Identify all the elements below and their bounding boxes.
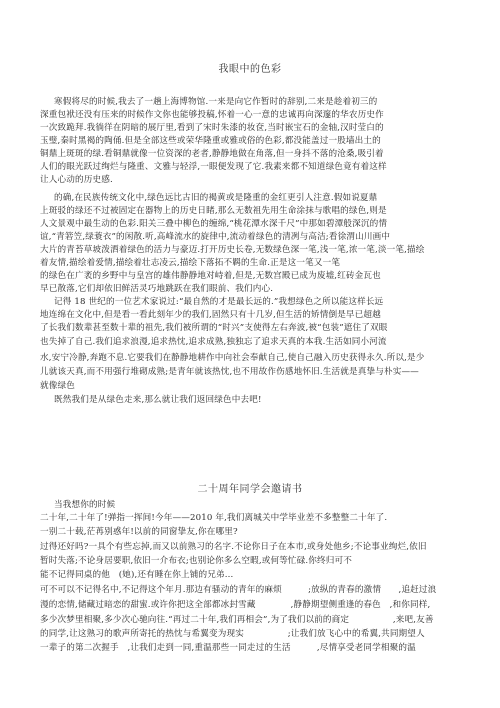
essay1-line: 的确,在民族传统文化中,绿色远比古旧的褐黄或是隆重的金红更引人注意.假如说夏鼎 xyxy=(54,192,494,204)
essay1-line: 记得 18 世纪的一位艺术家说过:“最自然的才是最长远的.”我想绿色之所以能这样… xyxy=(54,296,494,308)
essay1-line: 大片的青苔草坡泼洒着绿色的活力与豪迈.打开历史长卷,无数绿色深一笔,浅一笔,浓一… xyxy=(40,244,480,256)
essay2-line: 一别二十载,茫苒别惑年!以前的同窗挚友,你在哪里? xyxy=(40,526,480,538)
essay2-line: 过得还好吗?一具个有些忘掉,而又以前熟习的名字.不论你日子在本市,或身处他乡;不… xyxy=(40,541,480,553)
essay1-line: 着友情,描绘着爱情,描绘着壮志凌云,描绘下落拓不羁的生命.正是这一笔又一笔 xyxy=(40,257,480,269)
essay2-line: 可不可以不记得名中,不记得这个年月.那边有骚动的青年的麻烦 ;放纵的青春的激情 … xyxy=(40,584,480,596)
essay1-line: 铜鼎上斑斑的绿.看铜鼎就像一位资深的老者,静静地做在角落,但一身抖不落的沧桑,吸… xyxy=(40,148,480,160)
essay2-line: 多少次梦里相聚,多少次心驰向往.“再过二十年,我们再相会”,为了我们以前的商定 … xyxy=(40,614,480,626)
essay1-line: 也失掉了自己.我们追求浪漫,追求热忱,追求成熟,独独忘了追求天真的本我.生活如同… xyxy=(40,336,480,348)
essay1-line: 水,安宁冷静,奔跑不息.它要我们在静静地耕作中向社会奉献自己,使自己融入历史获得… xyxy=(40,352,480,364)
essay1-line: 人文景观中最生动的色彩.阳关三叠中柳色的缠绵,“桃花潭水深千尺”中那如碧潭般深沉… xyxy=(40,218,480,230)
essay1-line: 上斑驳的绿还不过被固定在器物上的历史日睹,那么无数祖先用生命涂抹与歌唱的绿色,则… xyxy=(40,205,480,217)
essay1-line: 既然我们是从绿色走来,那么就让我们返回绿色中去吧! xyxy=(54,394,494,406)
essay1-line: 就像绿色 xyxy=(40,380,480,392)
essay1-line: 了长我们数辈甚至数十辈的祖先,我们被所谓的“时兴”支使得左右奔波,被“包装”遮住… xyxy=(40,322,480,334)
essay2-line: 暂时失落;不论身居要职,依旧一介布衣;也别论你多么空暇,或何等忙碌.你终归可不 xyxy=(40,555,480,567)
essay1-line: 深重包袱还没有压来的时候作文你也能够投稿,怀着一心一意的忠诚再向深邃的华农历史作 xyxy=(40,109,480,121)
essay2-line: 的同学,让这熟习的歌声所寄托的热忱与希翼变为现实 ;让我们放飞心中的希翼,共同期… xyxy=(40,628,480,640)
essay2-line: 二十年,二十年了!弹指一挥间!今年——2010 年,我们离城关中学毕业差不多整整… xyxy=(40,512,480,524)
essay2-line: 当我想你的时候 xyxy=(54,499,494,511)
essay1-line: 玉璧,秦时黑褐的陶俑.但是全部这些或荣华隆重或雅或俗的色彩,都没能盖过一股墙出土… xyxy=(40,135,480,147)
essay2-line: 漫的恋情,储藏过暗恋的甜蜜.或许你把这全部都冰封雪藏 ,静静期望侧重逢的春色 ,… xyxy=(40,599,480,611)
essay1-line: 寒假将尽的时候,我去了一趟上海博物馆.一来是向它作暂时的辞别,二来是趁着初三的 xyxy=(54,96,494,108)
essay1-line: 人们的眼光跃过绚烂与隆重、文雅与轻浮,一眼便发现了它.我素来都不知道绿色竟有着这… xyxy=(40,161,480,173)
essay1-line: 早已散落,它们却依旧鲜活灵巧地跳跃在我们眼前、我们内心. xyxy=(40,283,480,295)
essay2-line: 能不记得同桌的他 (她),还有睡在你上铺的兄弟... xyxy=(40,569,480,581)
essay1-line: 谊,“青箬笠,绿蓑衣”的闲散.听,高峰流水的旋律中,流动着绿色的清冽与高洁;看徐… xyxy=(40,231,480,243)
document-page: 我眼中的色彩 寒假将尽的时候,我去了一趟上海博物馆.一来是向它作暂时的辞别,二来… xyxy=(0,0,500,708)
essay1-line: 一次致跪拜.我徜徉在阴暗的展厅里,看到了宋时朱漆的妆奁,当时嵌宝石的金轴,汉时莹… xyxy=(40,122,480,134)
essay1-line: 儿就该天真,而不用强行堆砌成熟;是青年就该热忱,也不用故作伤感地怀旧.生活就是真… xyxy=(40,366,480,378)
essay1-title: 我眼中的色彩 xyxy=(0,60,500,75)
essay1-line: 的绿色在广袤的乡野中与皇宫的雄伟静静地对峙着,但是,无数宫殿已成为废墟,红砖金瓦… xyxy=(40,270,480,282)
essay2-line: 一辈子的第二次握手 ,让我们走到一同,重温那些一同走过的生活 ,尽情享受老同学相… xyxy=(40,642,480,654)
essay1-line: 地连绵在文化中,但是看一看此刻年少的我们,固然只有十几岁,但生活的矫情倒是早已超… xyxy=(40,309,480,321)
essay2-title: 二十周年同学会邀请书 xyxy=(0,480,500,495)
essay1-line: 让人心动的历史感. xyxy=(40,174,480,186)
